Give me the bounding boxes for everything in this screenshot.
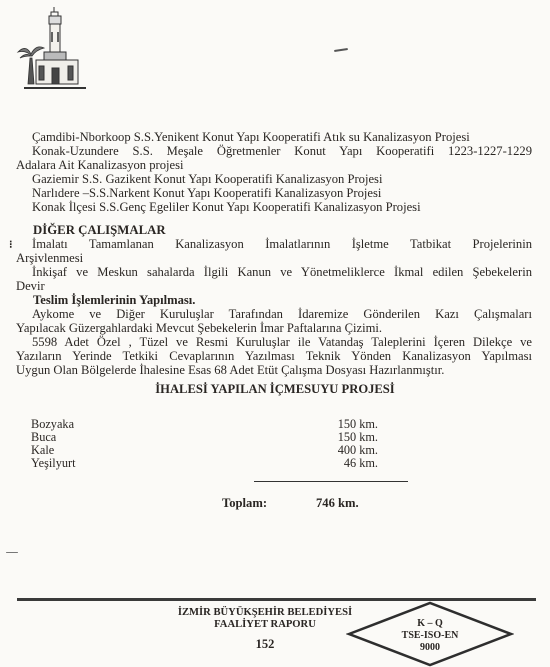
- badge-line3: 9000: [346, 642, 514, 654]
- paragraph-line: Aykome ve Diğer Kuruluşlar Tarafından İd…: [32, 307, 532, 321]
- project-line: Gaziemir S.S. Gazikent Konut Yapı Kooper…: [32, 172, 382, 186]
- bullet-mark: ⁝: [9, 238, 13, 251]
- project-line: Konak-Uzundere S.S. Meşale Öğretmenler K…: [32, 144, 532, 158]
- paragraph-line: Devir: [16, 279, 45, 293]
- table-title: İHALESİ YAPILAN İÇMESUYU PROJESİ: [0, 382, 550, 396]
- scan-speck: [334, 48, 348, 52]
- subheading: Teslim İşlemlerinin Yapılması.: [33, 293, 195, 307]
- project-line: Çamdibi-Nborkoop S.S.Yenikent Konut Yapı…: [32, 130, 532, 144]
- row-name: Kale: [31, 443, 54, 457]
- paragraph-line: Yazıların Yerinde Tetkiki Cevaplarının Y…: [16, 349, 532, 363]
- row-name: Yeşilyurt: [31, 456, 76, 470]
- project-line: Adalara Ait Kanalizasyon projesi: [16, 158, 184, 172]
- row-name: Bozyaka: [31, 417, 74, 431]
- section-heading: DİĞER ÇALIŞMALAR: [33, 223, 166, 237]
- row-name: Buca: [31, 430, 56, 444]
- sum-rule: [254, 481, 408, 482]
- row-value: 400 km.: [338, 443, 378, 457]
- paragraph-line: Arşivlenmesi: [16, 251, 83, 265]
- total-value: 746 km.: [316, 496, 359, 510]
- total-label: Toplam:: [222, 496, 267, 510]
- paragraph-line: Yapılacak Güzergahlardaki Mevcut Şebekel…: [16, 321, 382, 335]
- project-line: Konak İlçesi S.S.Genç Egeliler Konut Yap…: [32, 200, 421, 214]
- badge-line1: K – Q: [346, 618, 514, 630]
- badge-line2: TSE-ISO-EN: [346, 630, 514, 642]
- row-value: 150 km.: [338, 417, 378, 431]
- clock-tower-logo-icon: [14, 4, 96, 90]
- row-value: 46 km.: [344, 456, 378, 470]
- paragraph-line: 5598 Adet Özel , Tüzel ve Resmi Kuruluşl…: [32, 335, 532, 349]
- paragraph-line: Uygun Olan Bölgelerde İhalesine Esas 68 …: [16, 363, 444, 377]
- row-value: 150 km.: [338, 430, 378, 444]
- project-line: Narlıdere –S.S.Narkent Konut Yapı Kooper…: [32, 186, 381, 200]
- scan-speck: [6, 552, 18, 553]
- paragraph-line: İmalatı Tamamlanan Kanalizasyon İmalatla…: [32, 237, 532, 251]
- paragraph-line: İnkişaf ve Meskun sahalarda İlgili Kanun…: [32, 265, 532, 279]
